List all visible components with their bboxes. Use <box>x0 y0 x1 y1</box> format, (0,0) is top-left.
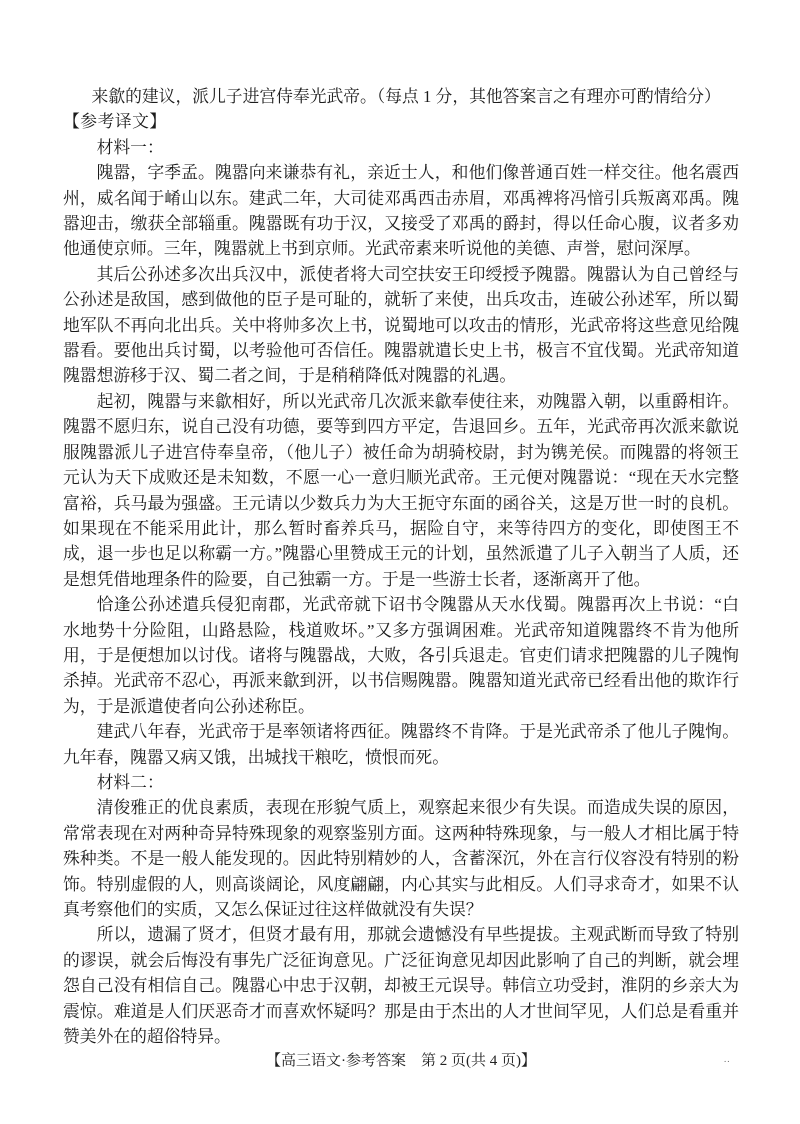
material-two-title: 材料二： <box>63 770 739 795</box>
material-two-paragraph: 清俊雅正的优良素质，表现在形貌气质上，观察起来很少有失误。而造成失误的原因，常常… <box>63 795 739 922</box>
scan-corner-mark: .. <box>724 1054 731 1064</box>
material-one-paragraph: 其后公孙述多次出兵汉中，派使者将大司空扶安王印绶授予隗嚣。隗嚣认为自己曾经与公孙… <box>63 262 739 389</box>
material-one-paragraph: 恰逢公孙述遣兵侵犯南郡，光武帝就下诏书令隗嚣从天水伐蜀。隗嚣再次上书说：“白水地… <box>63 592 739 719</box>
page-footer-text: 【高三语文·参考答案 第 2 页(共 4 页)】 <box>266 1053 536 1069</box>
material-one-paragraph: 起初，隗嚣与来歙相好，所以光武帝几次派来歙奉使往来，劝隗嚣入朝，以重爵相许。隗嚣… <box>63 389 739 592</box>
answer-continuation-line: 来歙的建议，派儿子进宫侍奉光武帝。（每点 1 分，其他答案言之有理亦可酌情给分） <box>63 84 739 109</box>
material-one-title: 材料一： <box>63 135 739 160</box>
reference-translation-header: 【参考译文】 <box>63 109 739 134</box>
material-one-paragraph: 隗嚣，字季孟。隗嚣向来谦恭有礼，亲近士人，和他们像普通百姓一样交往。他名震西州，… <box>63 160 739 262</box>
material-two-paragraph: 所以，遗漏了贤才，但贤才最有用，那就会遗憾没有早些提拔。主观武断而导致了特别的谬… <box>63 922 739 1049</box>
page-footer: 【高三语文·参考答案 第 2 页(共 4 页)】 <box>63 1049 739 1070</box>
page-content: 来歙的建议，派儿子进宫侍奉光武帝。（每点 1 分，其他答案言之有理亦可酌情给分）… <box>63 84 739 1049</box>
material-one-paragraph: 建武八年春，光武帝于是率领诸将西征。隗嚣终不肯降。于是光武帝杀了他儿子隗恂。九年… <box>63 719 739 770</box>
document-page: 来歙的建议，派儿子进宫侍奉光武帝。（每点 1 分，其他答案言之有理亦可酌情给分）… <box>0 0 800 1124</box>
